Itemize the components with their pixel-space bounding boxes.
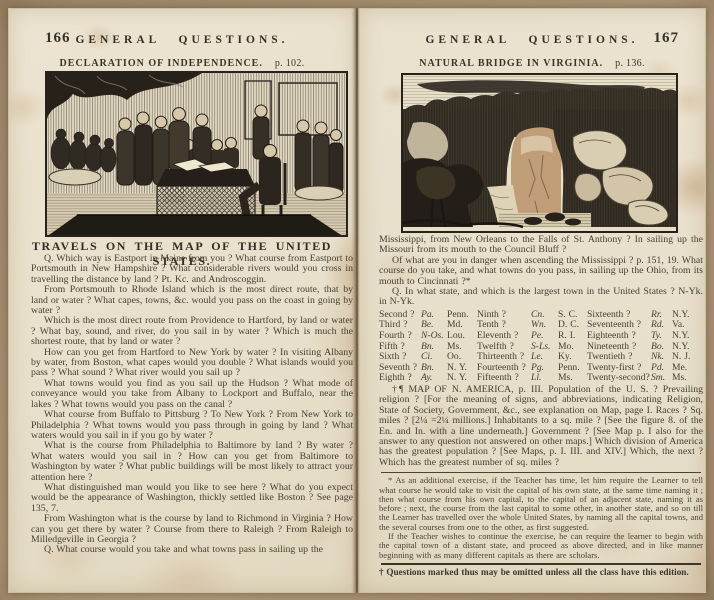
question-paragraph: Q. In what state, and which is the large… (379, 287, 703, 308)
declaration-of-independence-engraving (45, 71, 348, 237)
teacher-footnote: * As an additional exercise, if the Teac… (379, 476, 703, 560)
question-paragraph: Which is the most direct route from Prov… (31, 316, 353, 347)
omission-note-divider (381, 563, 701, 565)
left-caption-page-ref: p. 102. (275, 58, 305, 69)
right-illustration-caption: NATURAL BRIDGE IN VIRGINIA.p. 136. (359, 58, 705, 69)
natural-bridge-in-virginia-engraving (401, 73, 678, 233)
left-running-head: GENERAL QUESTIONS. (9, 34, 355, 46)
answer-cell: Ay. (421, 373, 447, 384)
question-paragraph: Mississippi, from New Orleans to the Fal… (379, 235, 703, 256)
table-row: Eighth ?Ay.N. Y.Fifteenth ?Ll.Ms.Twenty-… (379, 373, 703, 384)
omission-note: † Questions marked thus may be omitted u… (379, 567, 703, 577)
right-caption-title: NATURAL BRIDGE IN VIRGINIA. (419, 58, 603, 69)
footnote-paragraph: If the Teacher wishes to continue the ex… (379, 532, 703, 560)
question-paragraph: From Washington what is the course by la… (31, 514, 353, 545)
right-page: 167 GENERAL QUESTIONS. NATURAL BRIDGE IN… (358, 8, 706, 593)
natural-bridge-illustration-svg (403, 75, 676, 231)
footnote-divider (381, 472, 701, 473)
left-illustration-caption: DECLARATION OF INDEPENDENCE.p. 102. (9, 58, 355, 69)
largest-towns-table: Second ?Pa.Penn.Ninth ?Cn.S. C.Sixteenth… (379, 310, 703, 384)
answer-cell: Ll. (531, 373, 558, 384)
state-cell: Ms. (558, 373, 587, 384)
declaration-illustration-svg (47, 73, 346, 235)
answer-cell: Sm. (651, 373, 672, 384)
question-paragraph: Q. What course would you take and what t… (31, 545, 353, 555)
question-paragraph: Of what are you in danger when ascending… (379, 256, 703, 287)
question-paragraph: What is the course from Philadelphia to … (31, 441, 353, 483)
ordinal-cell: Eighth ? (379, 373, 421, 384)
ordinal-cell: Fifteenth ? (477, 373, 531, 384)
right-running-head: GENERAL QUESTIONS. (359, 34, 705, 46)
state-cell: Ms. (672, 373, 698, 384)
left-page: 166 GENERAL QUESTIONS. DECLARATION OF IN… (8, 8, 356, 593)
question-paragraph: What distinguished man would you like to… (31, 483, 353, 514)
map-of-north-america-paragraph: †¶ MAP OF N. AMERICA, p. III. Population… (379, 385, 703, 468)
book-scan: { "palette": { "mat": "#b49e81", "paper"… (0, 0, 714, 600)
question-paragraph: What course from Buffalo to Pittsburg ? … (31, 410, 353, 441)
page-gutter (352, 8, 360, 593)
question-paragraph: Q. Which way is Eastport in Maine from y… (31, 254, 353, 285)
left-text-column: Q. Which way is Eastport in Maine from y… (31, 254, 353, 556)
question-paragraph: How can you get from Hartford to New Yor… (31, 348, 353, 379)
question-paragraph: What towns would you find as you sail up… (31, 379, 353, 410)
right-text-column: Mississippi, from New Orleans to the Fal… (379, 235, 703, 577)
footnote-paragraph: * As an additional exercise, if the Teac… (379, 476, 703, 532)
question-paragraph: From Portsmouth to Rhode Island which is… (31, 285, 353, 316)
state-cell: N. Y. (447, 373, 477, 384)
ordinal-cell: Twenty-second? (587, 373, 651, 384)
right-caption-page-ref: p. 136. (615, 58, 645, 69)
left-caption-title: DECLARATION OF INDEPENDENCE. (60, 58, 263, 69)
